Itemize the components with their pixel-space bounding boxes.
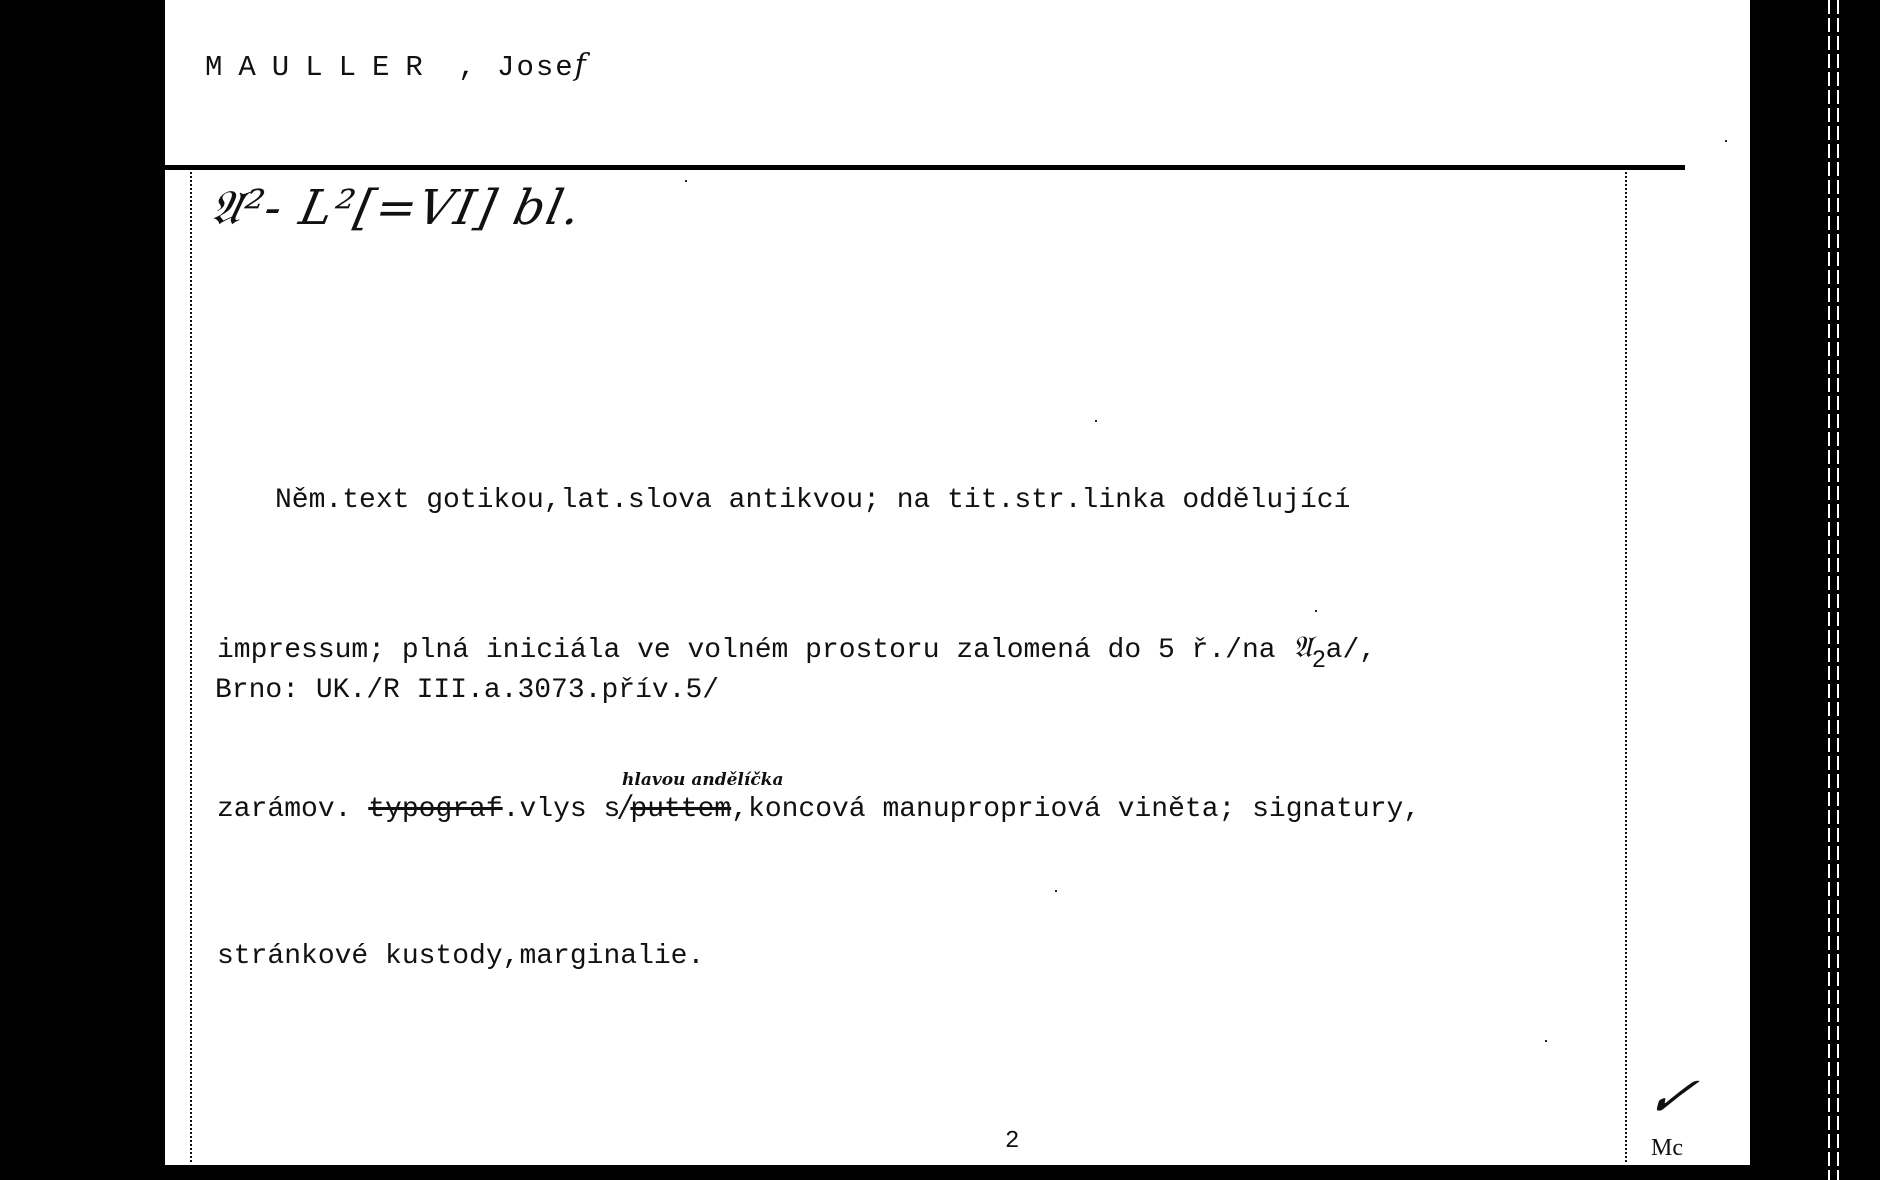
description-line-1: Něm.text gotikou,lat.slova antikvou; na … xyxy=(217,476,1657,525)
description-paragraph: Něm.text gotikou,lat.slova antikvou; na … xyxy=(217,378,1657,1079)
line-3-prefix: zarámov. xyxy=(217,794,368,825)
catalog-card: MAULLER , Josef 𝔄²- L²[=VI] bl. Něm.text… xyxy=(165,0,1750,1165)
author-given-name: Jose xyxy=(497,51,575,84)
signature-subscript: 2 xyxy=(1312,646,1325,673)
cataloger-initials: Mc xyxy=(1651,1135,1683,1162)
handwritten-name-completion: f xyxy=(575,48,588,83)
left-margin-line xyxy=(190,172,192,1162)
line-2-text: impressum; plná iniciála ve volném prost… xyxy=(217,635,1276,666)
scan-speck xyxy=(1545,1040,1547,1042)
scan-edge-line xyxy=(1837,0,1839,1180)
scan-speck xyxy=(1055,890,1057,892)
author-heading: MAULLER , Josef xyxy=(205,48,588,84)
line-3-middle: .vlys s xyxy=(503,794,621,825)
handwritten-insertion: hlavou andělíčka xyxy=(622,756,783,805)
signature-mark: 𝔄 xyxy=(1292,630,1312,665)
scan-speck xyxy=(1095,420,1097,422)
page-number: 2 xyxy=(1005,1128,1019,1155)
scan-speck xyxy=(685,180,687,182)
struck-word-typograf: typograf xyxy=(368,794,502,825)
scan-speck xyxy=(1315,610,1317,612)
handwritten-collation: 𝔄²- L²[=VI] bl. xyxy=(204,180,588,237)
line-3-suffix: ,koncová manupropriová viněta; signatury… xyxy=(731,794,1420,825)
holding-location: Brno: UK./R III.a.3073.přív.5/ xyxy=(215,675,719,706)
signature-suffix: a/, xyxy=(1326,635,1376,666)
description-line-3: hlavou andělíčkazarámov. typograf.vlys s… xyxy=(217,782,1657,834)
heading-separator: , xyxy=(439,51,497,84)
description-line-4: stránkové kustody,marginalie. xyxy=(217,932,1657,981)
author-surname: MAULLER xyxy=(205,51,439,84)
header-divider xyxy=(165,165,1685,170)
scan-edge-line xyxy=(1828,0,1830,1180)
scan-speck xyxy=(1725,140,1727,142)
